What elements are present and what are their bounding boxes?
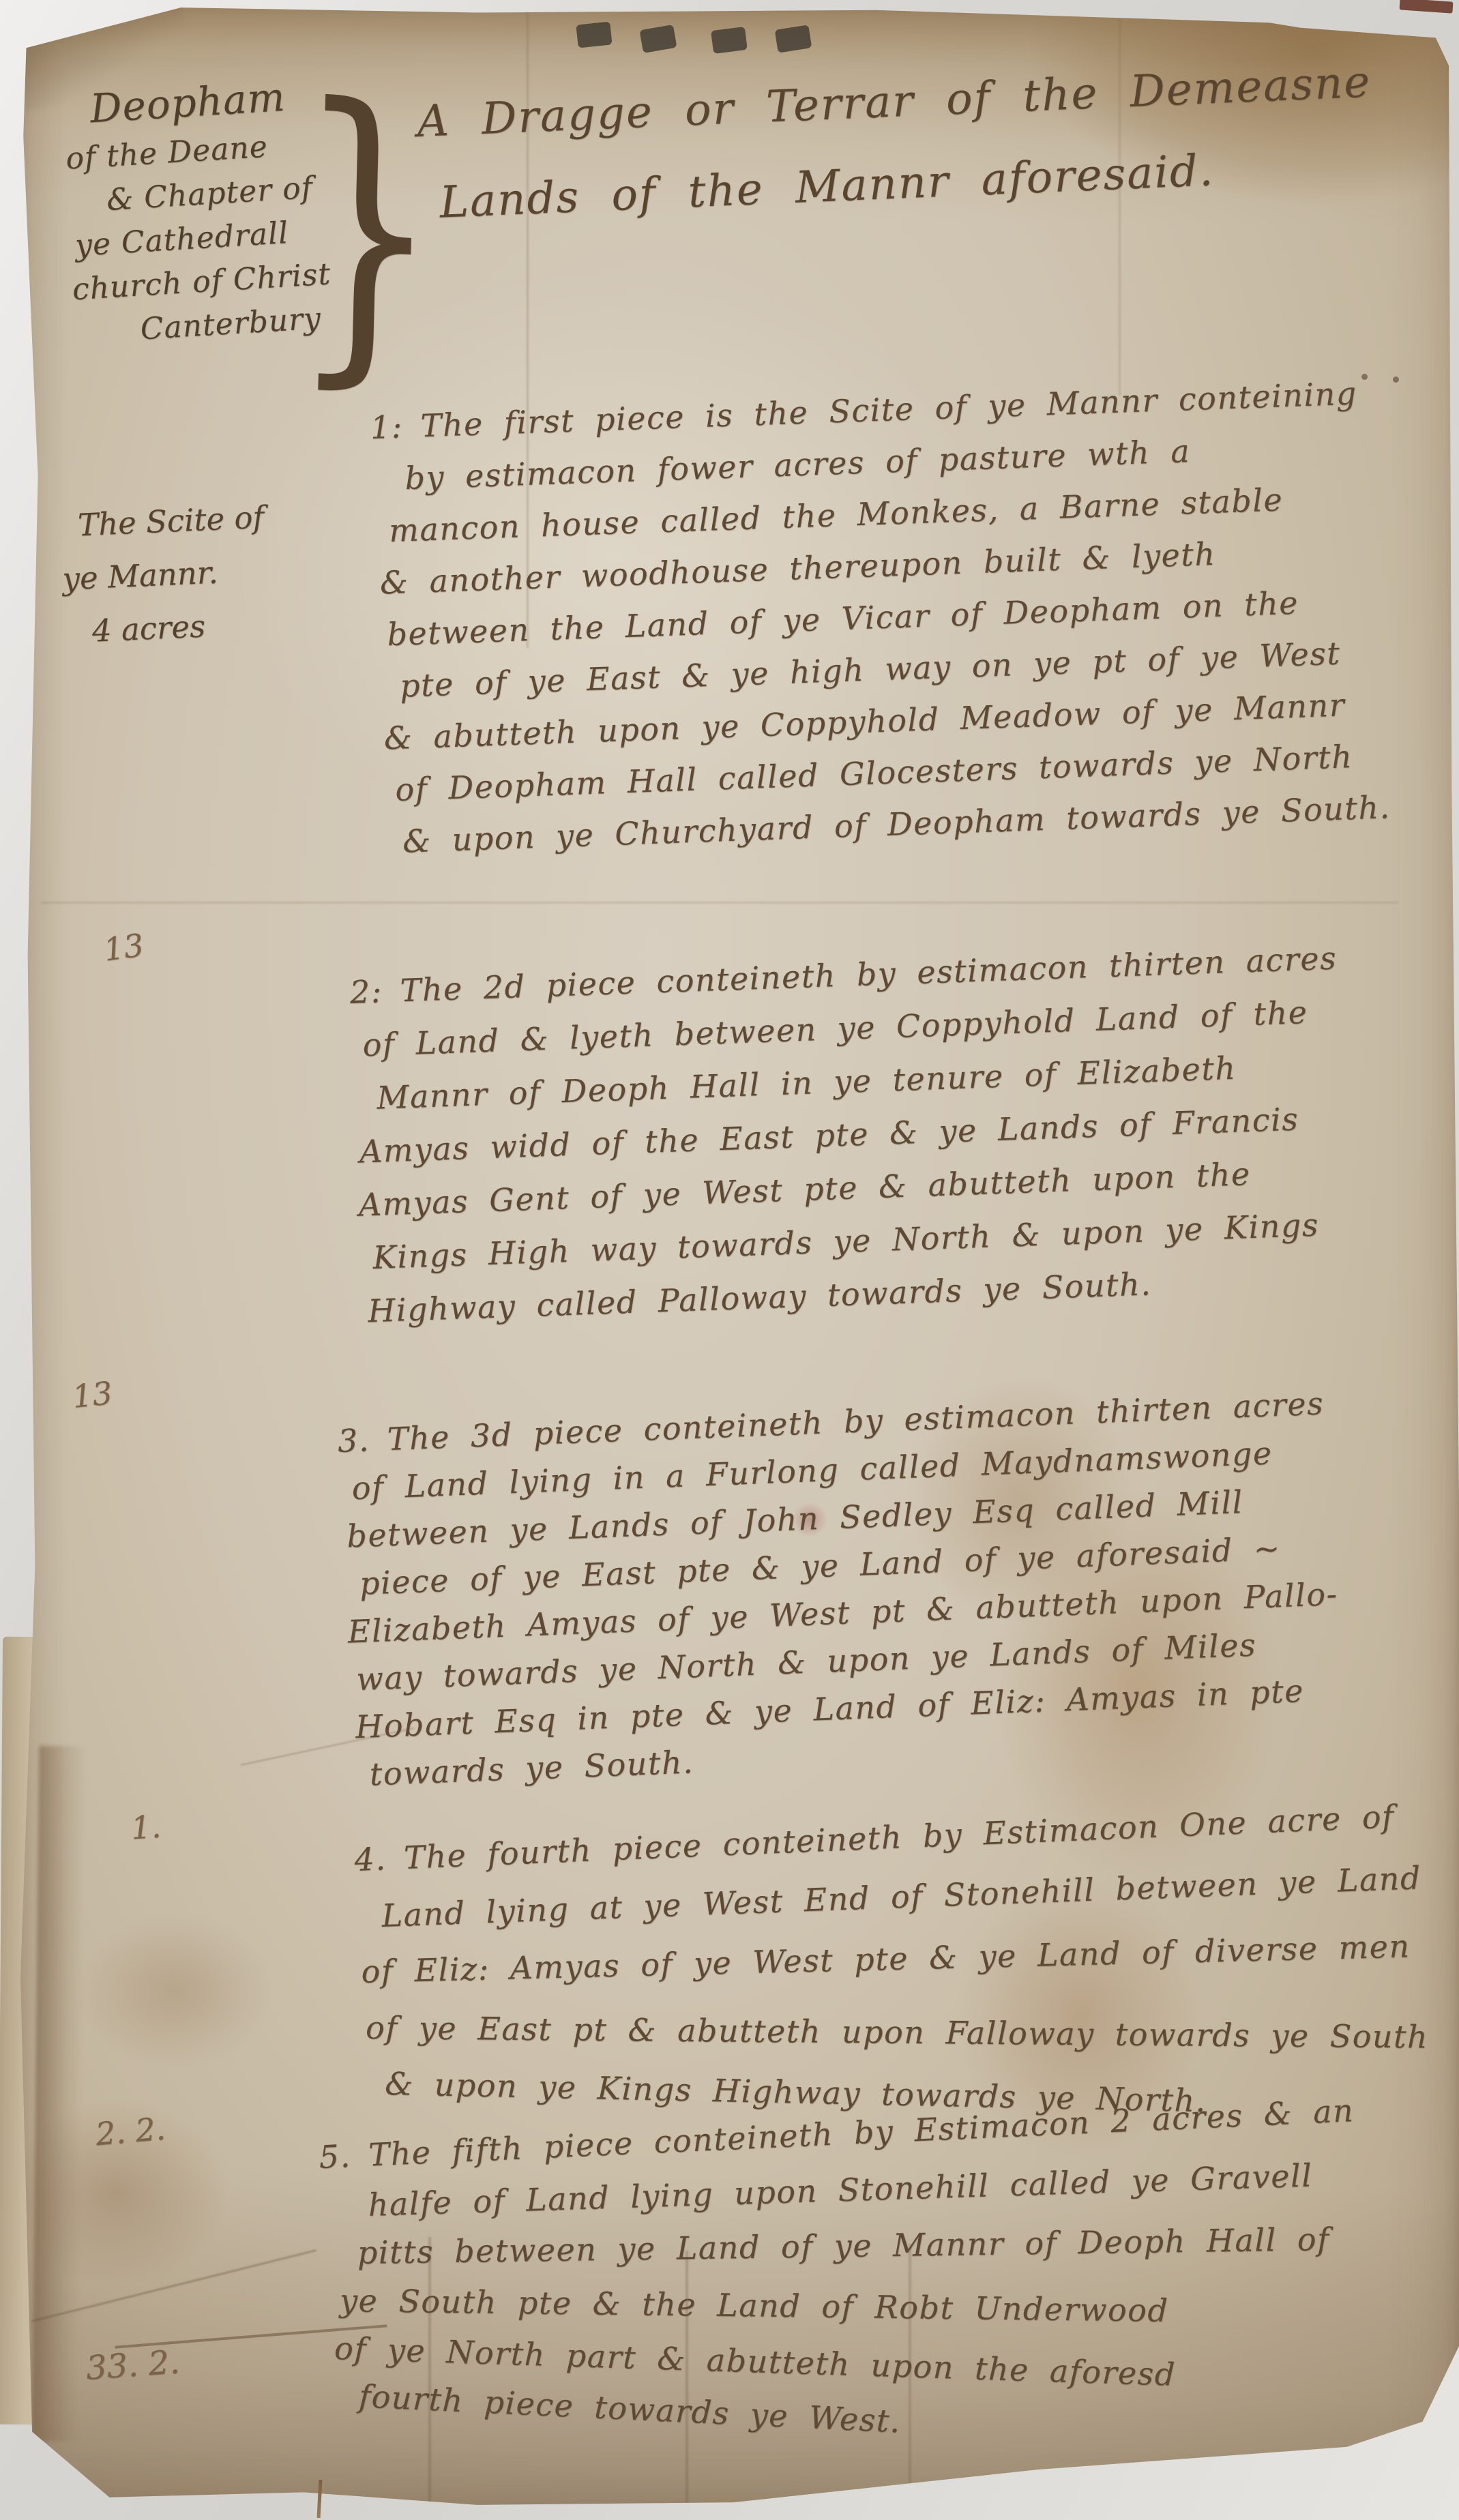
- manuscript-page: Deopham of the Deane & Chapter of ye Cat…: [0, 0, 1459, 2520]
- corner-red-binding-mark: [1400, 0, 1454, 14]
- entry-line: ye South pte & the Land of Robt Underwoo…: [340, 2282, 1356, 2342]
- entry-number: 1:: [370, 408, 404, 446]
- binding-stitch-mark: [639, 25, 677, 53]
- margin-note-site: The Scite of ye Mannr. 4 acres: [59, 499, 270, 668]
- terrier-entry-1: 1:The first piece is the Scite of ye Man…: [370, 374, 1391, 876]
- binding-stitch-mark: [775, 25, 812, 53]
- ink-dot: [1393, 376, 1399, 383]
- terrier-entry-4: 4.The fourth piece conteineth by Estimac…: [355, 1841, 1428, 2121]
- entry-number: 3.: [337, 1421, 370, 1459]
- manuscript-photo: Deopham of the Deane & Chapter of ye Cat…: [0, 0, 1459, 2520]
- page-left-curl-shadow: [32, 1746, 87, 2442]
- entry-line: of ye East pt & abutteth upon Falloway t…: [366, 2009, 1429, 2075]
- margin-note-line: The Scite of: [77, 499, 265, 561]
- fold-crease: [41, 902, 1398, 904]
- terrier-entry-5: 5.The fifth piece conteineth by Estimaco…: [319, 2139, 1355, 2425]
- margin-acreage-figure: 13: [102, 926, 146, 968]
- terrier-entry-3: 3.The 3d piece conteineth by estimacon t…: [337, 1384, 1344, 1805]
- margin-acreage-figure: 13: [70, 1374, 114, 1415]
- entry-number: 4.: [353, 1840, 387, 1878]
- margin-acreage-figure: 2. 2.: [94, 2110, 167, 2153]
- margin-note-line: ye Mannr.: [61, 552, 267, 614]
- binding-stitch-mark: [711, 27, 748, 54]
- page-title: A Dragge or Terrar of the Demeasne Lands…: [416, 57, 1377, 260]
- entry-text: The fourth piece conteineth by Estimacon…: [403, 1798, 1395, 1876]
- entry-number: 5.: [318, 2137, 351, 2176]
- margin-acreage-total: 33. 2.: [85, 2343, 181, 2387]
- terrier-entry-2: 2:The 2d piece conteineth by estimacon t…: [349, 939, 1349, 1346]
- margin-note-line: 4 acres: [91, 605, 270, 666]
- margin-acreage-figure: 1.: [130, 1808, 162, 1847]
- entry-number: 2:: [349, 973, 383, 1011]
- binding-stitch-mark: [576, 21, 612, 48]
